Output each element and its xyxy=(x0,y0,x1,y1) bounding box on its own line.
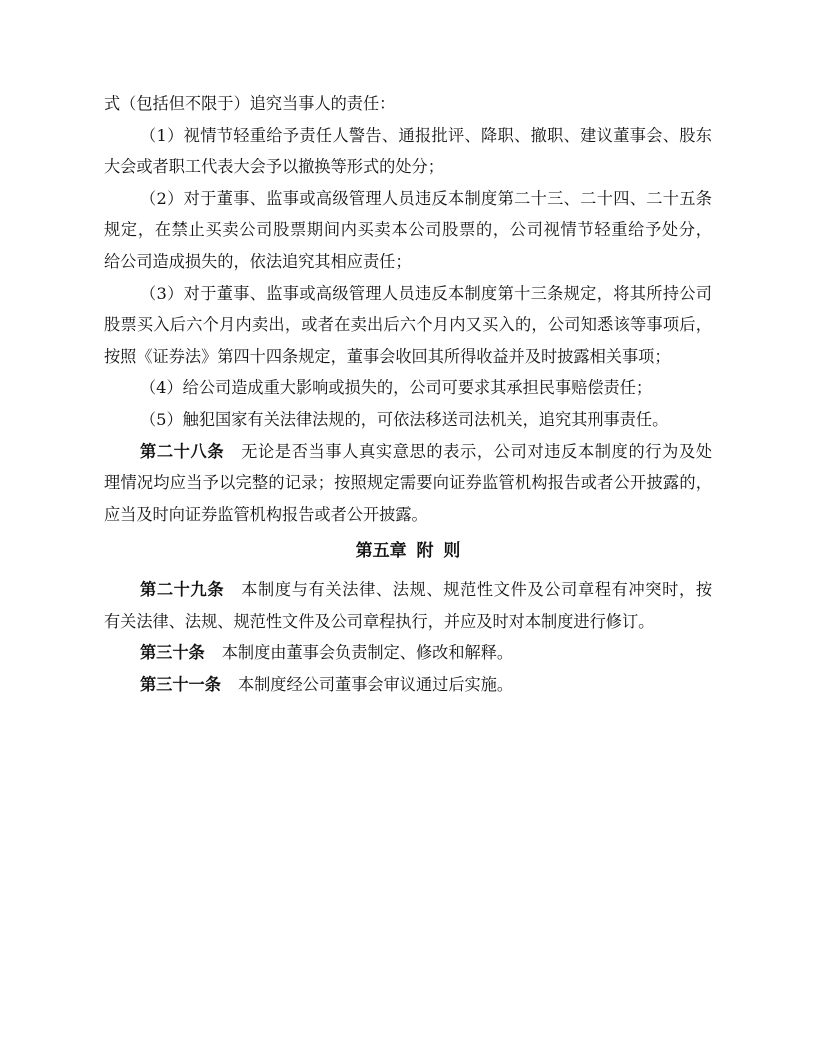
article-line: 第二十九条本制度与有关法律、法规、规范性文件及公司章程有冲突时，按 xyxy=(104,574,712,606)
article-text: 无论是否当事人真实意思的表示，公司对违反本制度的行为及处 xyxy=(241,442,712,461)
paragraph-line: 股票买入后六个月内卖出，或者在卖出后六个月内又买入的，公司知悉该等事项后， xyxy=(104,309,712,341)
article-line: 应当及时向证券监管机构报告或者公开披露。 xyxy=(104,499,712,531)
document-page: 式（包括但不限于）追究当事人的责任：（1）视情节轻重给予责任人警告、通报批评、降… xyxy=(0,0,816,1056)
article-text: 本制度经公司董事会审议通过后实施。 xyxy=(238,675,513,694)
paragraph-line: （3）对于董事、监事或高级管理人员违反本制度第十三条规定，将其所持公司 xyxy=(104,278,712,310)
paragraph-line: 按照《证券法》第四十四条规定，董事会收回其所得收益并及时披露相关事项； xyxy=(104,341,712,373)
article-text: 本制度由董事会负责制定、修改和解释。 xyxy=(222,643,513,662)
article-number: 第三十条 xyxy=(140,643,205,662)
paragraph-line: （4）给公司造成重大影响或损失的，公司可要求其承担民事赔偿责任； xyxy=(104,372,712,404)
article-number: 第三十一条 xyxy=(140,675,221,694)
paragraph-line: 大会或者职工代表大会予以撤换等形式的处分； xyxy=(104,151,712,183)
article-line: 有关法律、法规、规范性文件及公司章程执行，并应及时对本制度进行修订。 xyxy=(104,606,712,638)
paragraph-line: （1）视情节轻重给予责任人警告、通报批评、降职、撤职、建议董事会、股东 xyxy=(104,120,712,152)
article-line: 第三十一条本制度经公司董事会审议通过后实施。 xyxy=(104,669,712,701)
article-line: 第二十八条无论是否当事人真实意思的表示，公司对违反本制度的行为及处 xyxy=(104,436,712,468)
paragraph-line: 给公司造成损失的，依法追究其相应责任； xyxy=(104,246,712,278)
paragraph-line: （2）对于董事、监事或高级管理人员违反本制度第二十三、二十四、二十五条 xyxy=(104,183,712,215)
chapter-heading: 第五章 附 则 xyxy=(104,536,712,568)
paragraph-line: 规定，在禁止买卖公司股票期间内买卖本公司股票的，公司视情节轻重给予处分， xyxy=(104,214,712,246)
article-number: 第二十九条 xyxy=(140,580,224,599)
article-line: 理情况均应当予以完整的记录；按照规定需要向证券监管机构报告或者公开披露的， xyxy=(104,467,712,499)
document-body: 式（包括但不限于）追究当事人的责任：（1）视情节轻重给予责任人警告、通报批评、降… xyxy=(104,0,712,700)
article-number: 第二十八条 xyxy=(140,442,224,461)
article-text: 本制度与有关法律、法规、规范性文件及公司章程有冲突时，按 xyxy=(241,580,712,599)
article-line: 第三十条本制度由董事会负责制定、修改和解释。 xyxy=(104,637,712,669)
paragraph-line: 式（包括但不限于）追究当事人的责任： xyxy=(104,88,712,120)
paragraph-line: （5）触犯国家有关法律法规的，可依法移送司法机关，追究其刑事责任。 xyxy=(104,404,712,436)
